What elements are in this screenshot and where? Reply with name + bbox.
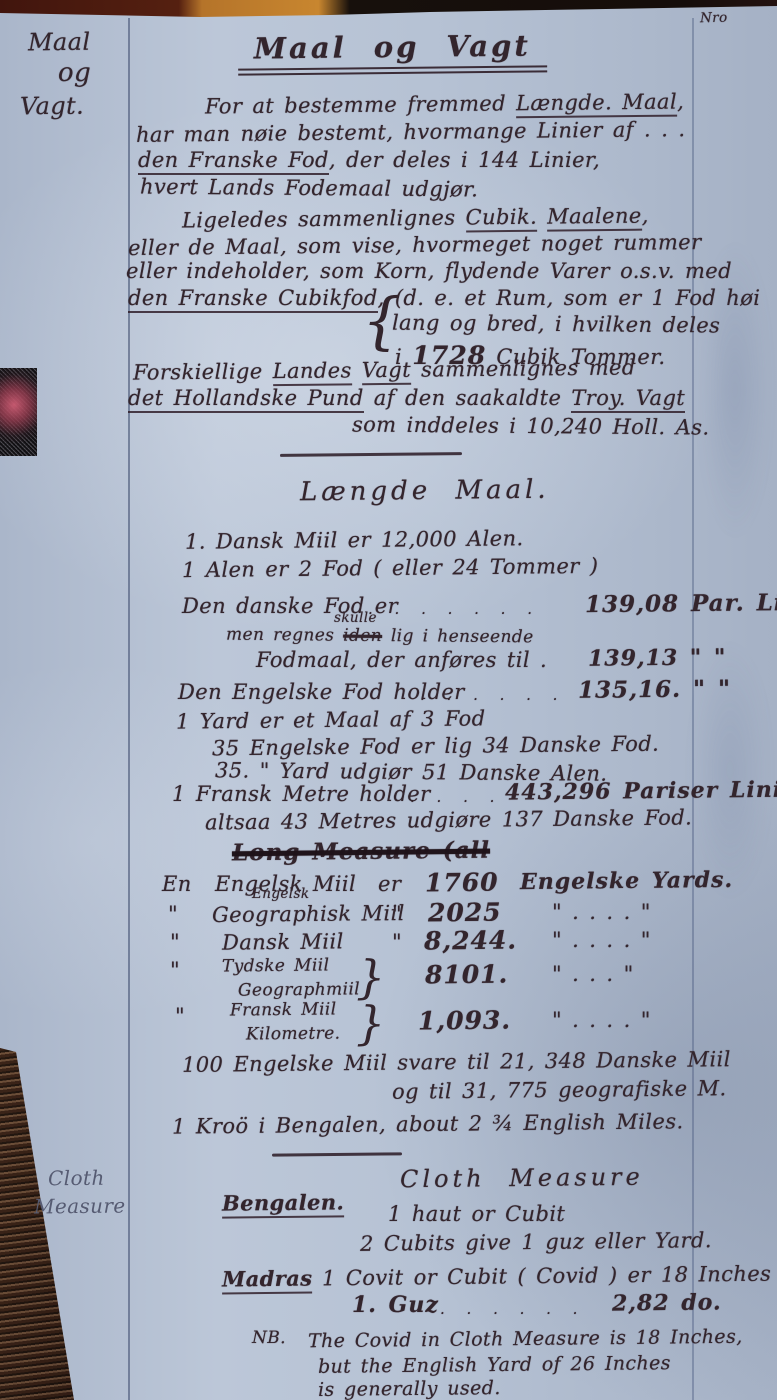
corner-mark: Nro [700, 10, 728, 27]
laengde-line-j-label: 1 Fransk Metre holder [172, 782, 431, 806]
mile-row3-value: 8,244. [424, 926, 517, 956]
mile-row3-verb: " [392, 930, 402, 954]
para3-line2-text: af den saakaldte [364, 386, 572, 410]
para1-line3: den Franske Fod, der deles i 144 Linier, [138, 148, 600, 172]
para1-line4: hvert Lands Fodemaal udgjør. [140, 175, 479, 202]
para2-line1-space [537, 205, 547, 229]
laengde-line-d-text2: lig i henseende [382, 626, 534, 647]
mile-row3-ditto: " . . . . " [552, 928, 651, 952]
laengde-line-f-value: 135,16. " " [578, 675, 731, 704]
laengde-line-c-leader: . . . . . . . [368, 600, 539, 618]
mile-row4-ditto: " . . . " [552, 962, 634, 986]
para2-line3: eller indeholder, som Korn, flydende Var… [126, 259, 732, 283]
para3-line3: som inddeles i 10,240 Holl. As. [352, 412, 710, 439]
mile-row2-ditto: " . . . . " [552, 900, 651, 924]
bengalen-line1: 1 haut or Cubit [388, 1202, 565, 1226]
laengde-line-g: 1 Yard er et Maal af 3 Fod [176, 706, 486, 733]
para3-line1-text1: Forskiellige [133, 359, 273, 384]
margin-note-cloth1: Cloth [48, 1166, 105, 1191]
laengde-line-h: 35 Engelske Fod er lig 34 Danske Fod. [212, 732, 659, 761]
mile-row5-unit-alt: Kilometre. [246, 1024, 341, 1045]
laengde-line-e-value: 139,13 " " [588, 644, 727, 671]
cloth-divider [272, 1152, 402, 1156]
laengde-line-d-text1: men regnes [226, 625, 343, 646]
mile-row4-unit-alt: Geographmiil [238, 979, 360, 1000]
para2-line1-underlined2: Maalene [547, 204, 642, 232]
struck-heading: Long Measure (all [232, 837, 490, 867]
mile-row3-col0: " [170, 930, 180, 954]
para3-line2-underlined2: Troy. Vagt [571, 386, 685, 413]
para3-line1-space [352, 358, 362, 382]
mile-row1-col0: En [162, 872, 192, 896]
right-rule-line [692, 18, 694, 1400]
para3-line2: det Hollandske Pund af den saakaldte Tro… [128, 386, 685, 410]
madras-guz-leader: . . . . . . [440, 1300, 584, 1318]
para1-line1-text: For at bestemme fremmed [205, 91, 516, 118]
kro-line: 1 Kroö i Bengalen, about 2 ¾ English Mil… [172, 1109, 684, 1138]
laengde-line-d-struck: iden [343, 626, 382, 646]
mile-row5-unit: Fransk Miil [230, 999, 337, 1020]
laengde-line-j-value: 443,296 Pariser Linier. [505, 776, 777, 805]
mile-row5-brace: } [356, 1000, 385, 1046]
para1-line3-text: , der deles i 144 Linier, [329, 148, 600, 172]
mile-row4-unit: Tydske Miil [222, 955, 330, 976]
mile-summary-line1: 100 Engelske Miil svare til 21, 348 Dans… [182, 1047, 731, 1077]
manuscript-photo: Maal og Vagt. Nro Maal og Vagt For at be… [0, 0, 777, 1400]
madras-guz-label: 1. Guz [352, 1292, 439, 1318]
nb-label: NB. [252, 1328, 286, 1348]
laengde-line-j-leader: . . . . [410, 788, 501, 806]
mile-row1-value: 1760 [425, 868, 499, 898]
mile-row5-ditto: " . . . . " [552, 1008, 651, 1032]
para1-line3-underlined: den Franske Fod [138, 148, 329, 175]
mile-row1-verb: er [378, 872, 401, 896]
mile-row1-target: Engelske Yards. [520, 867, 733, 895]
redacted-smudge [0, 368, 37, 456]
margin-note-maal: Maal [28, 28, 91, 57]
para2-line1-text: Ligeledes sammenlignes [182, 205, 466, 232]
laengde-line-e-label: Fodmaal, der anføres til . [256, 648, 547, 672]
para3-line1: Forskiellige Landes Vagt sammenlignes me… [133, 355, 636, 384]
para1-line1: For at bestemme fremmed Længde. Maal, [205, 89, 684, 118]
laengde-line-a: 1. Dansk Miil er 12,000 Alen. [185, 526, 524, 554]
mile-row2-unit: Geographisk Miil [212, 901, 405, 927]
madras-line1: 1 Covit or Cubit ( Covid ) er 18 Inches [322, 1262, 771, 1291]
mile-row2-col0: " [168, 902, 178, 926]
section-divider [280, 452, 462, 456]
mile-row5-value: 1,093. [418, 1006, 511, 1036]
section-header-laengde: Længde Maal. [300, 475, 550, 508]
mile-row2-superscript: Engelsk [252, 886, 309, 902]
para2-line1: Ligeledes sammenlignes Cubik. Maalene, [182, 204, 649, 233]
mile-row3-unit: Dansk Miil [222, 929, 344, 954]
para3-line1-underlined2: Vagt [362, 358, 412, 386]
margin-note-vagt: Vagt. [20, 92, 84, 121]
para2-line4-text: , (d. e. et Rum, som er 1 Fod høi [378, 286, 761, 310]
nb-line3: is generally used. [318, 1377, 501, 1400]
mile-summary-line2: og til 31, 775 geografiske M. [392, 1076, 727, 1104]
mile-row2-value: 2025 [428, 898, 502, 928]
laengde-line-c-value: 139,08 Par. Lin. [585, 589, 777, 618]
mile-row4-brace: } [356, 954, 385, 1000]
laengde-insert-word: skulle [334, 610, 377, 626]
nb-line2: but the English Yard of 26 Inches [318, 1352, 671, 1378]
madras-label: Madras [222, 1266, 313, 1295]
mile-row2-verb: " [392, 902, 402, 926]
para1-line2: har man nøie bestemt, hvormange Linier a… [136, 117, 686, 147]
para2-line5: lang og bred, i hvilken deles [392, 311, 721, 338]
mile-row5-col0: " [175, 1004, 185, 1028]
para2-line4: den Franske Cubikfod, (d. e. et Rum, som… [128, 286, 760, 310]
para2-line1-comma: , [642, 204, 649, 228]
laengde-line-k: altsaa 43 Metres udgiøre 137 Danske Fod. [205, 805, 692, 834]
laengde-line-d: men regnes iden lig i henseende [226, 625, 534, 648]
wooden-table-edge [0, 0, 777, 20]
para2-line4-underlined: den Franske Cubikfod [128, 286, 378, 313]
para2-line2: eller de Maal, som vise, hvormeget noget… [128, 230, 702, 260]
page-title: Maal og Vagt [238, 28, 547, 75]
section-header-cloth: Cloth Measure [400, 1163, 644, 1194]
margin-note-cloth2: Measure [34, 1194, 126, 1219]
mile-row4-col0: " [170, 958, 180, 982]
para3-line2-underlined1: det Hollandske Pund [128, 386, 364, 413]
margin-note-og: og [58, 58, 91, 88]
para3-line1-text2: sammenlignes med [411, 355, 636, 381]
bengalen-label: Bengalen. [222, 1189, 344, 1218]
bengalen-line2: 2 Cubits give 1 guz eller Yard. [360, 1228, 712, 1256]
nb-line1: The Covid in Cloth Measure is 18 Inches, [308, 1326, 743, 1353]
para1-line1-underlined: Længde. Maal [516, 90, 677, 119]
para2-line1-underlined1: Cubik. [465, 205, 537, 233]
madras-guz-value: 2,82 do. [612, 1289, 722, 1316]
ink-bleed-smudge [700, 240, 770, 540]
laengde-line-f-leader: . . . . . . [420, 686, 564, 704]
para1-line1-comma: , [677, 89, 684, 113]
para3-line1-underlined1: Landes [273, 358, 352, 386]
margin-rule-line [128, 18, 130, 1400]
laengde-line-b: 1 Alen er 2 Fod ( eller 24 Tommer ) [182, 554, 599, 582]
mile-row4-value: 8101. [425, 960, 509, 990]
